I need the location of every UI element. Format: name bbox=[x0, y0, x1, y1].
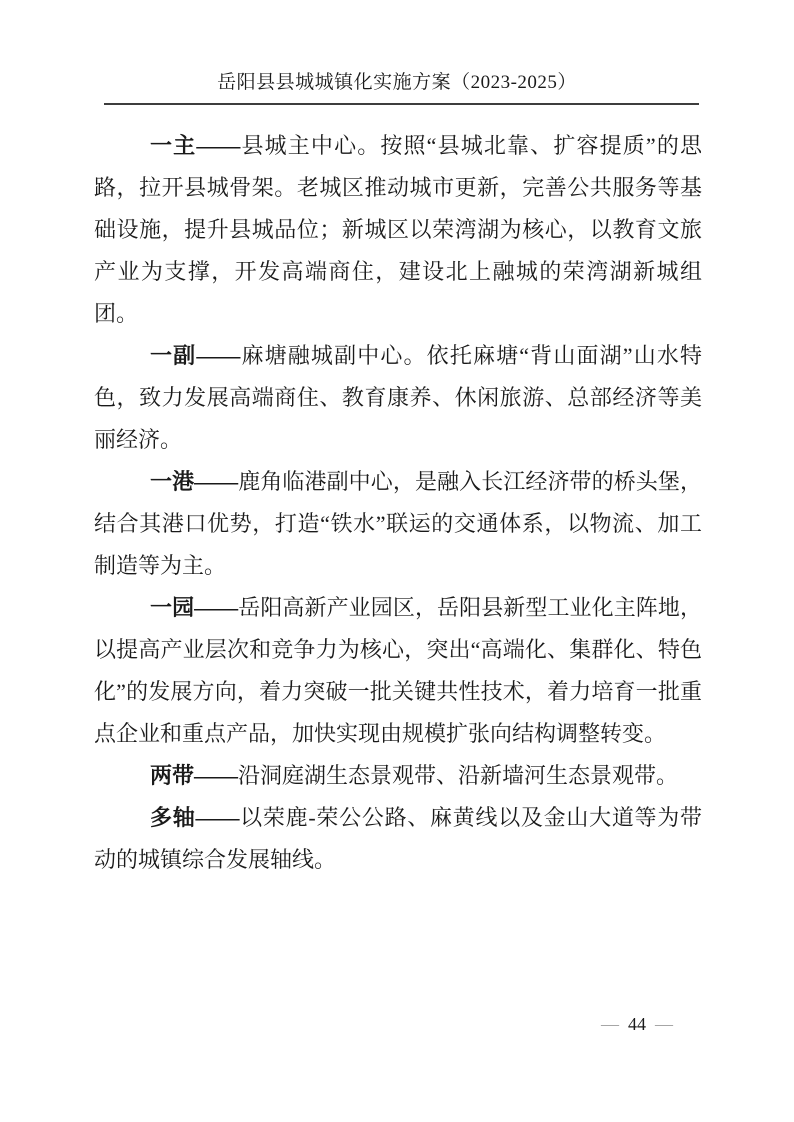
em-dash-separator: —— bbox=[196, 133, 240, 158]
body-paragraph-liangdai: 两带——沿洞庭湖生态景观带、沿新墙河生态景观带。 bbox=[94, 755, 702, 797]
paragraph-lead: 一园 bbox=[150, 595, 194, 620]
document-body: 一主——县城主中心。按照“县城北靠、扩容提质”的思路，拉开县城骨架。老城区推动城… bbox=[94, 125, 702, 881]
paragraph-lead: 一主 bbox=[150, 133, 196, 158]
em-dash-separator: —— bbox=[194, 595, 238, 620]
body-paragraph-duozhou: 多轴——以荣鹿-荣公公路、麻黄线以及金山大道等为带动的城镇综合发展轴线。 bbox=[94, 797, 702, 881]
em-dash-separator: —— bbox=[194, 469, 238, 494]
page-footer: — 44 — bbox=[601, 1013, 673, 1035]
body-paragraph-yizhu: 一主——县城主中心。按照“县城北靠、扩容提质”的思路，拉开县城骨架。老城区推动城… bbox=[94, 125, 702, 335]
footer-dash-right: — bbox=[655, 1013, 673, 1035]
paragraph-lead: 一副 bbox=[150, 343, 196, 368]
document-page: 岳阳县县城城镇化实施方案（2023-2025） 一主——县城主中心。按照“县城北… bbox=[0, 0, 794, 1122]
page-number: 44 bbox=[628, 1013, 646, 1035]
body-paragraph-yiyuan: 一园——岳阳高新产业园区，岳阳县新型工业化主阵地，以提高产业层次和竞争力为核心，… bbox=[94, 587, 702, 755]
page-header: 岳阳县县城城镇化实施方案（2023-2025） bbox=[0, 0, 794, 105]
em-dash-separator: —— bbox=[194, 763, 238, 788]
footer-dash-left: — bbox=[601, 1013, 619, 1035]
paragraph-lead: 一港 bbox=[150, 469, 194, 494]
paragraph-text: 沿洞庭湖生态景观带、沿新墙河生态景观带。 bbox=[238, 763, 678, 788]
em-dash-separator: —— bbox=[195, 805, 239, 830]
body-paragraph-yigang: 一港——鹿角临港副中心，是融入长江经济带的桥头堡，结合其港口优势，打造“铁水”联… bbox=[94, 461, 702, 587]
header-rule bbox=[104, 103, 699, 105]
body-paragraph-yifu: 一副——麻塘融城副中心。依托麻塘“背山面湖”山水特色，致力发展高端商住、教育康养… bbox=[94, 335, 702, 461]
em-dash-separator: —— bbox=[196, 343, 240, 368]
header-title: 岳阳县县城城镇化实施方案（2023-2025） bbox=[0, 71, 794, 95]
paragraph-text: 县城主中心。按照“县城北靠、扩容提质”的思路，拉开县城骨架。老城区推动城市更新，… bbox=[94, 133, 702, 326]
paragraph-lead: 多轴 bbox=[150, 805, 195, 830]
paragraph-lead: 两带 bbox=[150, 763, 194, 788]
